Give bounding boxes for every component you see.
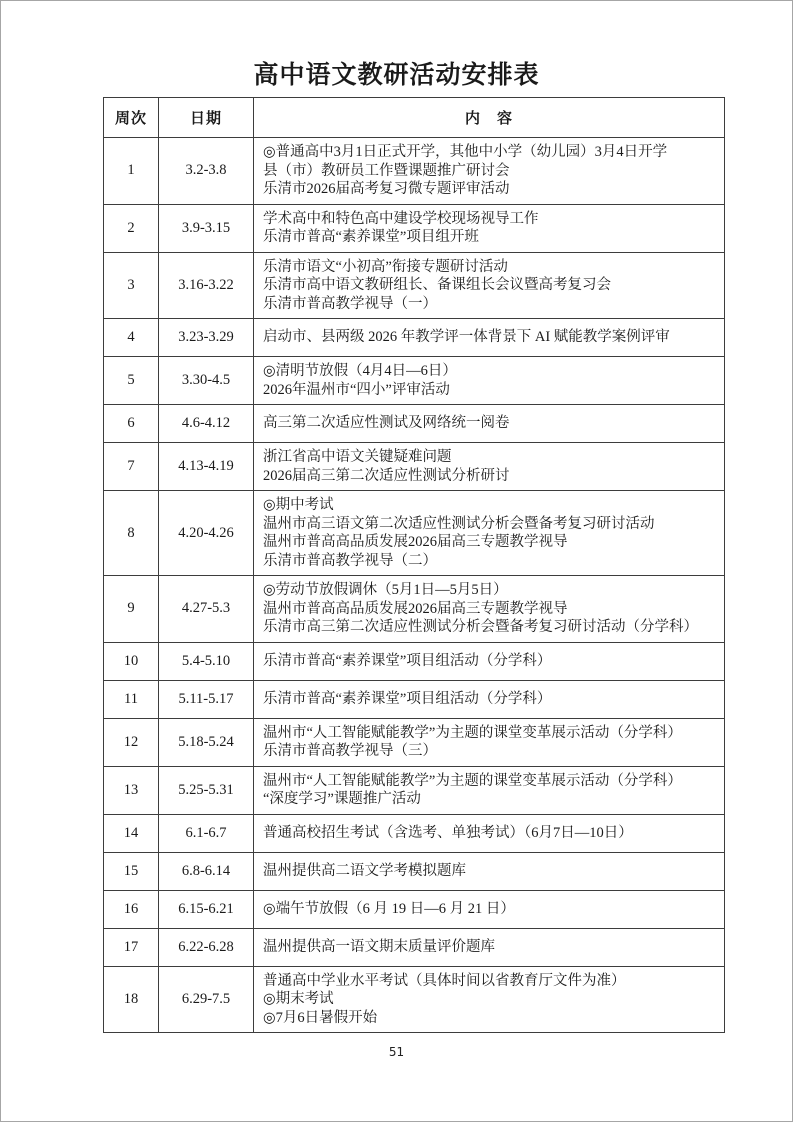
week-cell: 12 <box>104 718 159 766</box>
content-cell: 普通高中学业水平考试（具体时间以省教育厅文件为准）◎期末考试◎7月6日暑假开始 <box>254 966 725 1033</box>
content-line: 启动市、县两级 2026 年教学评一体背景下 AI 赋能教学案例评审 <box>263 328 718 347</box>
content-line: 浙江省高中语文关键疑难问题 <box>263 448 718 467</box>
week-cell: 13 <box>104 766 159 814</box>
table-row: 94.27-5.3◎劳动节放假调休（5月1日—5月5日）温州市普高高品质发展20… <box>104 576 725 643</box>
content-line: 乐清市普高“素养课堂”项目组活动（分学科） <box>263 690 718 709</box>
table-row: 146.1-6.7普通高校招生考试（含选考、单独考试）（6月7日—10日） <box>104 814 725 852</box>
document-page: 高中语文教研活动安排表 周次 日期 内 容 13.2-3.8◎普通高中3月1日正… <box>0 0 793 1122</box>
content-line: ◎清明节放假（4月4日—6日） <box>263 362 718 381</box>
content-line: 温州市普高高品质发展2026届高三专题教学视导 <box>263 600 718 619</box>
content-line: 普通高校招生考试（含选考、单独考试）（6月7日—10日） <box>263 824 718 843</box>
content-line: “深度学习”课题推广活动 <box>263 790 718 809</box>
date-cell: 5.11-5.17 <box>159 680 254 718</box>
date-cell: 5.25-5.31 <box>159 766 254 814</box>
date-cell: 5.4-5.10 <box>159 642 254 680</box>
week-cell: 2 <box>104 204 159 252</box>
content-line: ◎普通高中3月1日正式开学，其他中小学（幼儿园）3月4日开学 <box>263 143 718 162</box>
week-cell: 6 <box>104 405 159 443</box>
date-cell: 6.22-6.28 <box>159 928 254 966</box>
content-line: 2026年温州市“四小”评审活动 <box>263 381 718 400</box>
content-line: ◎劳动节放假调休（5月1日—5月5日） <box>263 581 718 600</box>
date-cell: 4.20-4.26 <box>159 491 254 576</box>
week-cell: 16 <box>104 890 159 928</box>
table-row: 43.23-3.29启动市、县两级 2026 年教学评一体背景下 AI 赋能教学… <box>104 319 725 357</box>
content-line: 乐清市普高教学视导（三） <box>263 742 718 761</box>
week-cell: 1 <box>104 138 159 205</box>
content-line: ◎期末考试 <box>263 990 718 1009</box>
date-cell: 6.29-7.5 <box>159 966 254 1033</box>
content-cell: ◎普通高中3月1日正式开学，其他中小学（幼儿园）3月4日开学县（市）教研员工作暨… <box>254 138 725 205</box>
content-cell: 启动市、县两级 2026 年教学评一体背景下 AI 赋能教学案例评审 <box>254 319 725 357</box>
table-row: 115.11-5.17乐清市普高“素养课堂”项目组活动（分学科） <box>104 680 725 718</box>
content-line: 乐清市语文“小初高”衔接专题研讨活动 <box>263 258 718 277</box>
table-row: 74.13-4.19浙江省高中语文关键疑难问题2026届高三第二次适应性测试分析… <box>104 443 725 491</box>
date-cell: 3.2-3.8 <box>159 138 254 205</box>
content-line: ◎期中考试 <box>263 496 718 515</box>
content-lines: ◎端午节放假（6 月 19 日—6 月 21 日） <box>263 896 718 923</box>
content-cell: 学术高中和特色高中建设学校现场视导工作乐清市普高“素养课堂”项目组开班 <box>254 204 725 252</box>
header-date: 日期 <box>159 98 254 138</box>
content-lines: ◎普通高中3月1日正式开学，其他中小学（幼儿园）3月4日开学县（市）教研员工作暨… <box>263 143 718 199</box>
table-row: 166.15-6.21◎端午节放假（6 月 19 日—6 月 21 日） <box>104 890 725 928</box>
content-line: 2026届高三第二次适应性测试分析研讨 <box>263 467 718 486</box>
content-cell: ◎端午节放假（6 月 19 日—6 月 21 日） <box>254 890 725 928</box>
content-lines: 乐清市普高“素养课堂”项目组活动（分学科） <box>263 686 718 713</box>
content-line: 乐清市普高教学视导（二） <box>263 552 718 571</box>
content-line: 温州市“人工智能赋能教学”为主题的课堂变革展示活动（分学科） <box>263 724 718 743</box>
date-cell: 3.30-4.5 <box>159 357 254 405</box>
content-lines: 浙江省高中语文关键疑难问题2026届高三第二次适应性测试分析研讨 <box>263 448 718 485</box>
content-line: ◎端午节放假（6 月 19 日—6 月 21 日） <box>263 900 718 919</box>
content-cell: 乐清市语文“小初高”衔接专题研讨活动乐清市高中语文教研组长、备课组长会议暨高考复… <box>254 252 725 319</box>
table-row: 125.18-5.24温州市“人工智能赋能教学”为主题的课堂变革展示活动（分学科… <box>104 718 725 766</box>
week-cell: 8 <box>104 491 159 576</box>
content-line: 乐清市高中语文教研组长、备课组长会议暨高考复习会 <box>263 276 718 295</box>
date-cell: 3.16-3.22 <box>159 252 254 319</box>
content-lines: 温州市“人工智能赋能教学”为主题的课堂变革展示活动（分学科）乐清市普高教学视导（… <box>263 724 718 761</box>
table-row: 176.22-6.28温州提供高一语文期末质量评价题库 <box>104 928 725 966</box>
content-line: 县（市）教研员工作暨课题推广研讨会 <box>263 162 718 181</box>
week-cell: 5 <box>104 357 159 405</box>
content-lines: 普通高校招生考试（含选考、单独考试）（6月7日—10日） <box>263 820 718 847</box>
date-cell: 3.23-3.29 <box>159 319 254 357</box>
table-header-row: 周次 日期 内 容 <box>104 98 725 138</box>
content-cell: 温州提供高二语文学考模拟题库 <box>254 852 725 890</box>
week-cell: 7 <box>104 443 159 491</box>
content-cell: 乐清市普高“素养课堂”项目组活动（分学科） <box>254 680 725 718</box>
table-row: 156.8-6.14温州提供高二语文学考模拟题库 <box>104 852 725 890</box>
content-cell: 高三第二次适应性测试及网络统一阅卷 <box>254 405 725 443</box>
week-cell: 14 <box>104 814 159 852</box>
content-lines: 温州提供高二语文学考模拟题库 <box>263 858 718 885</box>
content-cell: 浙江省高中语文关键疑难问题2026届高三第二次适应性测试分析研讨 <box>254 443 725 491</box>
content-cell: 普通高校招生考试（含选考、单独考试）（6月7日—10日） <box>254 814 725 852</box>
content-line: 乐清市普高“素养课堂”项目组开班 <box>263 228 718 247</box>
table-row: 186.29-7.5普通高中学业水平考试（具体时间以省教育厅文件为准）◎期末考试… <box>104 966 725 1033</box>
date-cell: 5.18-5.24 <box>159 718 254 766</box>
table-row: 13.2-3.8◎普通高中3月1日正式开学，其他中小学（幼儿园）3月4日开学县（… <box>104 138 725 205</box>
page-title: 高中语文教研活动安排表 <box>1 55 792 91</box>
content-lines: 乐清市语文“小初高”衔接专题研讨活动乐清市高中语文教研组长、备课组长会议暨高考复… <box>263 258 718 314</box>
content-line: 温州提供高一语文期末质量评价题库 <box>263 938 718 957</box>
content-cell: 温州市“人工智能赋能教学”为主题的课堂变革展示活动（分学科）乐清市普高教学视导（… <box>254 718 725 766</box>
content-lines: 高三第二次适应性测试及网络统一阅卷 <box>263 410 718 437</box>
content-lines: 温州提供高一语文期末质量评价题库 <box>263 934 718 961</box>
content-lines: 启动市、县两级 2026 年教学评一体背景下 AI 赋能教学案例评审 <box>263 324 718 351</box>
week-cell: 17 <box>104 928 159 966</box>
table-row: 23.9-3.15学术高中和特色高中建设学校现场视导工作乐清市普高“素养课堂”项… <box>104 204 725 252</box>
content-line: 普通高中学业水平考试（具体时间以省教育厅文件为准） <box>263 972 718 991</box>
table-body: 13.2-3.8◎普通高中3月1日正式开学，其他中小学（幼儿园）3月4日开学县（… <box>104 138 725 1033</box>
content-cell: ◎劳动节放假调休（5月1日—5月5日）温州市普高高品质发展2026届高三专题教学… <box>254 576 725 643</box>
content-line: 温州市高三语文第二次适应性测试分析会暨备考复习研讨活动 <box>263 515 718 534</box>
date-cell: 3.9-3.15 <box>159 204 254 252</box>
date-cell: 4.27-5.3 <box>159 576 254 643</box>
week-cell: 11 <box>104 680 159 718</box>
week-cell: 15 <box>104 852 159 890</box>
content-line: 温州市普高高品质发展2026届高三专题教学视导 <box>263 533 718 552</box>
content-cell: ◎清明节放假（4月4日—6日）2026年温州市“四小”评审活动 <box>254 357 725 405</box>
table-row: 53.30-4.5◎清明节放假（4月4日—6日）2026年温州市“四小”评审活动 <box>104 357 725 405</box>
content-cell: 乐清市普高“素养课堂”项目组活动（分学科） <box>254 642 725 680</box>
header-content: 内 容 <box>254 98 725 138</box>
content-lines: ◎劳动节放假调休（5月1日—5月5日）温州市普高高品质发展2026届高三专题教学… <box>263 581 718 637</box>
content-lines: 温州市“人工智能赋能教学”为主题的课堂变革展示活动（分学科）“深度学习”课题推广… <box>263 772 718 809</box>
content-lines: 普通高中学业水平考试（具体时间以省教育厅文件为准）◎期末考试◎7月6日暑假开始 <box>263 972 718 1028</box>
date-cell: 6.8-6.14 <box>159 852 254 890</box>
content-line: 乐清市高三第二次适应性测试分析会暨备考复习研讨活动（分学科） <box>263 618 718 637</box>
table-row: 64.6-4.12高三第二次适应性测试及网络统一阅卷 <box>104 405 725 443</box>
content-cell: ◎期中考试温州市高三语文第二次适应性测试分析会暨备考复习研讨活动温州市普高高品质… <box>254 491 725 576</box>
content-cell: 温州市“人工智能赋能教学”为主题的课堂变革展示活动（分学科）“深度学习”课题推广… <box>254 766 725 814</box>
header-week: 周次 <box>104 98 159 138</box>
table-row: 84.20-4.26◎期中考试温州市高三语文第二次适应性测试分析会暨备考复习研讨… <box>104 491 725 576</box>
week-cell: 4 <box>104 319 159 357</box>
table-row: 135.25-5.31温州市“人工智能赋能教学”为主题的课堂变革展示活动（分学科… <box>104 766 725 814</box>
week-cell: 18 <box>104 966 159 1033</box>
date-cell: 6.1-6.7 <box>159 814 254 852</box>
date-cell: 4.6-4.12 <box>159 405 254 443</box>
week-cell: 9 <box>104 576 159 643</box>
content-lines: ◎期中考试温州市高三语文第二次适应性测试分析会暨备考复习研讨活动温州市普高高品质… <box>263 496 718 570</box>
week-cell: 10 <box>104 642 159 680</box>
schedule-table: 周次 日期 内 容 13.2-3.8◎普通高中3月1日正式开学，其他中小学（幼儿… <box>103 97 725 1033</box>
content-line: 乐清市普高“素养课堂”项目组活动（分学科） <box>263 652 718 671</box>
content-line: 温州市“人工智能赋能教学”为主题的课堂变革展示活动（分学科） <box>263 772 718 791</box>
content-line: 温州提供高二语文学考模拟题库 <box>263 862 718 881</box>
content-line: 高三第二次适应性测试及网络统一阅卷 <box>263 414 718 433</box>
content-line: 乐清市普高教学视导（一） <box>263 295 718 314</box>
content-line: 乐清市2026届高考复习微专题评审活动 <box>263 180 718 199</box>
content-line: ◎7月6日暑假开始 <box>263 1009 718 1028</box>
content-lines: 学术高中和特色高中建设学校现场视导工作乐清市普高“素养课堂”项目组开班 <box>263 210 718 247</box>
content-cell: 温州提供高一语文期末质量评价题库 <box>254 928 725 966</box>
content-lines: 乐清市普高“素养课堂”项目组活动（分学科） <box>263 648 718 675</box>
table-row: 33.16-3.22乐清市语文“小初高”衔接专题研讨活动乐清市高中语文教研组长、… <box>104 252 725 319</box>
content-lines: ◎清明节放假（4月4日—6日）2026年温州市“四小”评审活动 <box>263 362 718 399</box>
week-cell: 3 <box>104 252 159 319</box>
date-cell: 6.15-6.21 <box>159 890 254 928</box>
page-number: 51 <box>1 1045 792 1059</box>
content-line: 学术高中和特色高中建设学校现场视导工作 <box>263 210 718 229</box>
table-row: 105.4-5.10乐清市普高“素养课堂”项目组活动（分学科） <box>104 642 725 680</box>
date-cell: 4.13-4.19 <box>159 443 254 491</box>
